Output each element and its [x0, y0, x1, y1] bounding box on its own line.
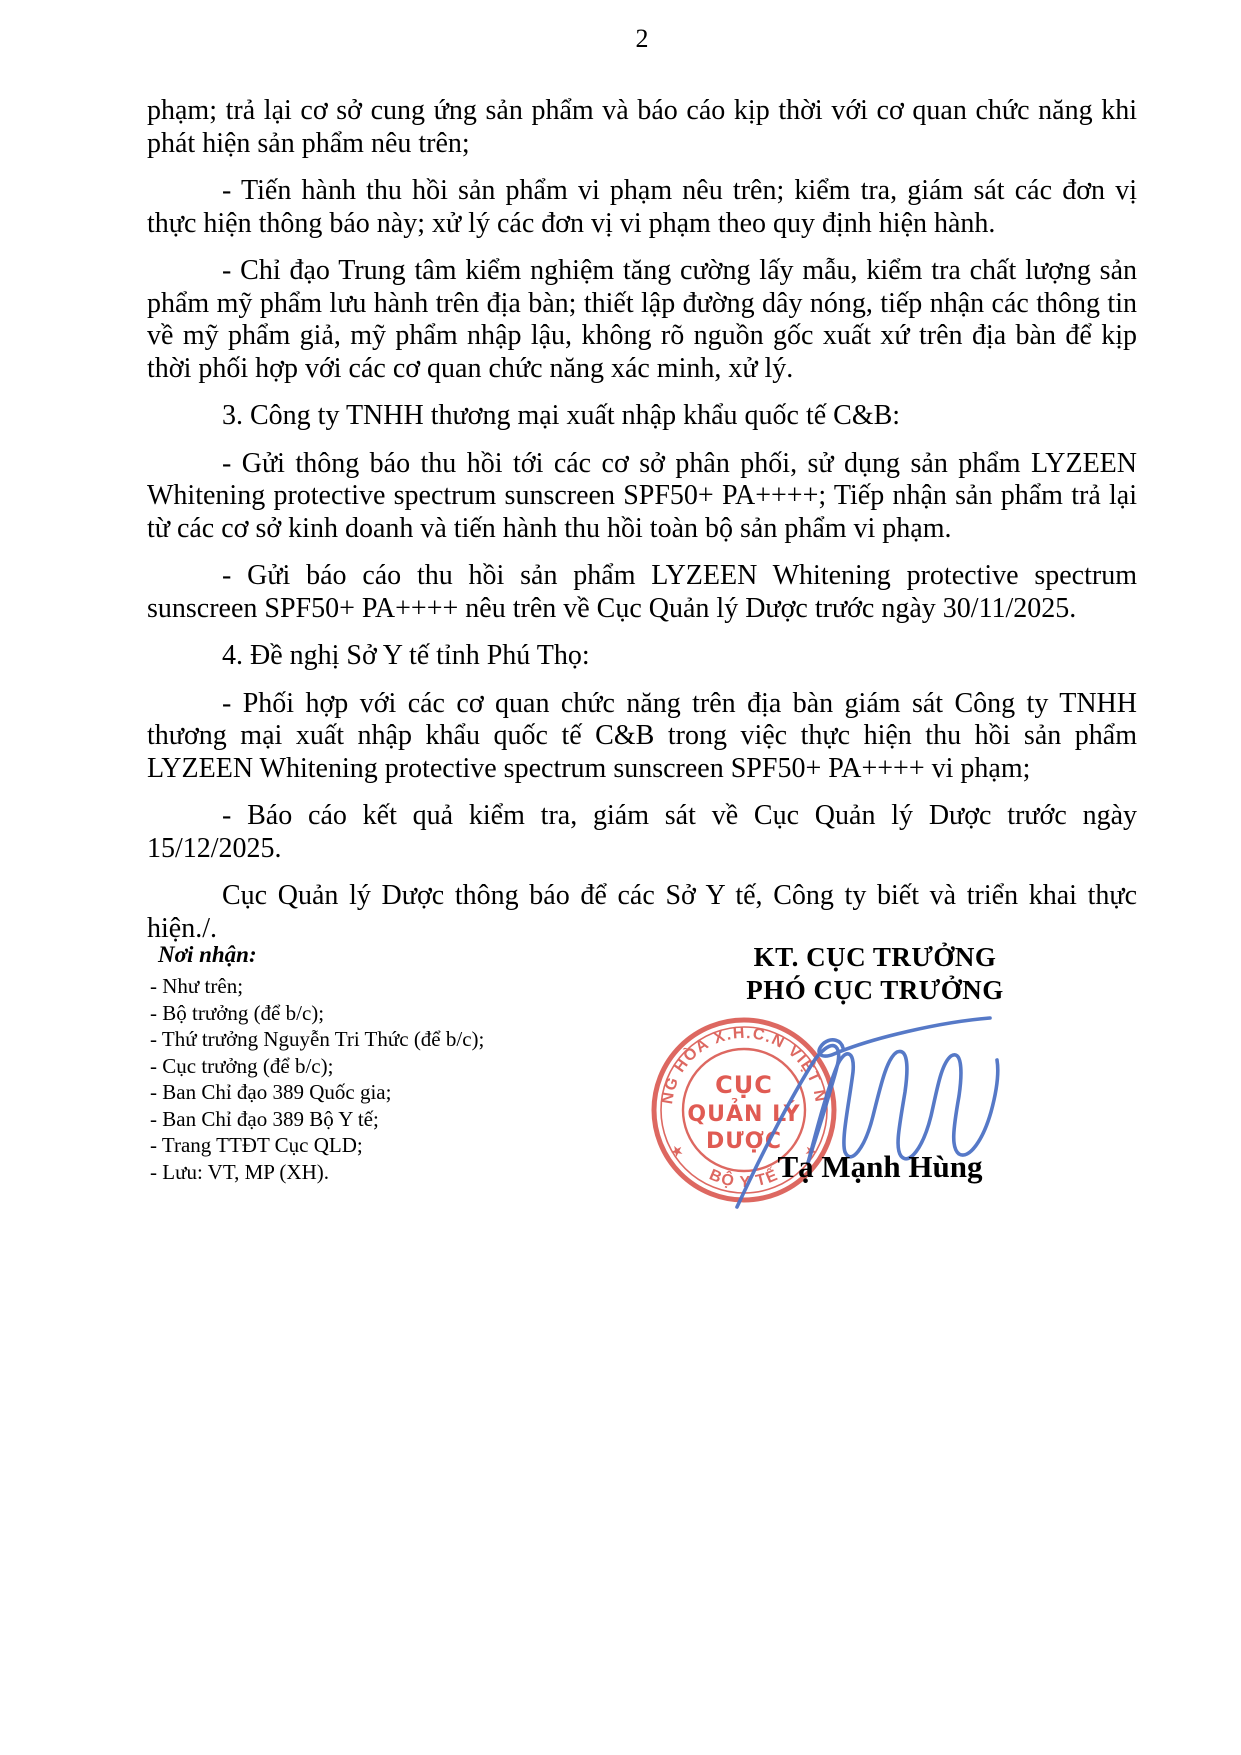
signature-top-stroke — [819, 1018, 990, 1056]
recipient-item: - Thứ trưởng Nguyễn Tri Thức (để b/c); — [150, 1026, 630, 1053]
body-paragraph-closing: Cục Quản lý Dược thông báo để các Sở Y t… — [147, 880, 1137, 945]
recipient-item: - Như trên; — [150, 973, 630, 1000]
page-number: 2 — [147, 24, 1137, 54]
recipients-block: Nơi nhận: - Như trên; - Bộ trưởng (để b/… — [150, 940, 630, 1185]
signer-role-line1: KT. CỤC TRƯỞNG — [660, 941, 1090, 974]
signer-name: Tạ Mạnh Hùng — [700, 1148, 1060, 1186]
recipient-item: - Bộ trưởng (để b/c); — [150, 1000, 630, 1027]
body-paragraph: - Chỉ đạo Trung tâm kiểm nghiệm tăng cườ… — [147, 255, 1137, 385]
signature-loops-stroke — [808, 1051, 998, 1163]
body-paragraph: phạm; trả lại cơ sở cung ứng sản phẩm và… — [147, 95, 1137, 160]
signature-title-block: KT. CỤC TRƯỞNG PHÓ CỤC TRƯỞNG — [660, 941, 1090, 1007]
document-page: 2 phạm; trả lại cơ sở cung ứng sản phẩm … — [0, 0, 1241, 1755]
body-paragraph-section-4: 4. Đề nghị Sở Y tế tỉnh Phú Thọ: — [147, 640, 1137, 673]
recipient-item: - Lưu: VT, MP (XH). — [150, 1159, 630, 1186]
body-paragraph: - Gửi thông báo thu hồi tới các cơ sở ph… — [147, 448, 1137, 546]
body-paragraph-section-3: 3. Công ty TNHH thương mại xuất nhập khẩ… — [147, 400, 1137, 433]
recipient-item: - Ban Chỉ đạo 389 Quốc gia; — [150, 1079, 630, 1106]
recipients-list: - Như trên; - Bộ trưởng (để b/c); - Thứ … — [150, 973, 630, 1185]
document-body: phạm; trả lại cơ sở cung ứng sản phẩm và… — [147, 95, 1137, 960]
recipients-label: Nơi nhận: — [158, 940, 630, 970]
recipient-item: - Ban Chỉ đạo 389 Bộ Y tế; — [150, 1106, 630, 1133]
body-paragraph: - Báo cáo kết quả kiểm tra, giám sát về … — [147, 800, 1137, 865]
signature-scribble — [600, 1000, 1080, 1230]
body-paragraph: - Phối hợp với các cơ quan chức năng trê… — [147, 688, 1137, 786]
body-paragraph: - Gửi báo cáo thu hồi sản phẩm LYZEEN Wh… — [147, 560, 1137, 625]
recipient-item: - Cục trưởng (để b/c); — [150, 1053, 630, 1080]
body-paragraph: - Tiến hành thu hồi sản phẩm vi phạm nêu… — [147, 175, 1137, 240]
recipient-item: - Trang TTĐT Cục QLD; — [150, 1132, 630, 1159]
